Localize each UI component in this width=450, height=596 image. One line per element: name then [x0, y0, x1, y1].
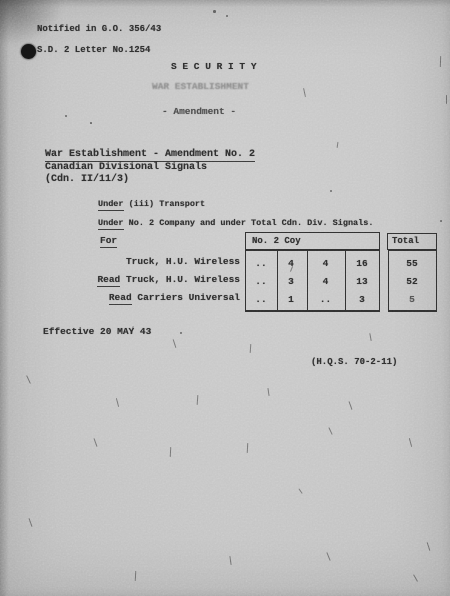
- under-transport-rest: (iii) Transport: [124, 199, 206, 209]
- amend-action-word: Read: [97, 274, 120, 287]
- table-row-label: Read Truck, H.U. Wireless: [40, 275, 240, 286]
- amend-action-word: Read: [109, 292, 132, 305]
- speck: [90, 122, 92, 124]
- scratch-mark: [229, 556, 231, 565]
- table-cell: ..: [246, 258, 276, 270]
- table-row-label: Read Carriers Universal: [40, 293, 240, 304]
- scratch-mark: [440, 56, 442, 67]
- row-item-name: Truck, H.U. Wireless: [126, 256, 240, 267]
- for-label-text: For: [100, 235, 117, 248]
- scratch-mark: [427, 542, 431, 551]
- table-cell: 13: [345, 276, 379, 288]
- total-body-box: 55 52 5: [388, 250, 437, 312]
- table-cell: 3: [345, 294, 379, 306]
- row-item-name: Truck, H.U. Wireless: [120, 274, 240, 285]
- heading-line3: (Cdn. II/11/3): [45, 174, 129, 186]
- hole-punch-mark: [21, 44, 36, 59]
- heading-line2: Canadian Divisional Signals: [45, 162, 207, 174]
- under-word: Under: [98, 218, 124, 230]
- table-row-label: Truck, H.U. Wireless: [40, 257, 240, 268]
- scratch-mark: [413, 574, 418, 582]
- row-item-name: Carriers Universal: [132, 292, 240, 303]
- scratch-mark: [326, 552, 330, 561]
- speck: [65, 115, 67, 117]
- scratch-mark: [267, 388, 269, 396]
- scratch-mark: [93, 438, 97, 447]
- under-company-line: Under No. 2 Company and under Total Cdn.…: [98, 219, 373, 229]
- file-reference: (H.Q.S. 70-2-11): [311, 357, 397, 367]
- scratch-mark: [298, 488, 302, 494]
- heading-line1: War Establishment - Amendment No. 2: [45, 149, 255, 161]
- left-edge-shadow: [0, 0, 9, 596]
- table-cell: ..: [246, 294, 276, 306]
- speck: [180, 332, 182, 334]
- total-cell: 52: [389, 276, 435, 288]
- under-word: Under: [98, 199, 124, 211]
- for-column-label: For: [100, 236, 117, 247]
- table-body-grid: .. 4 4 16 .. 3 4 13 .. 1 .. 3: [245, 250, 380, 312]
- top-edge-shadow: [0, 0, 450, 7]
- speck: [440, 220, 442, 222]
- scratch-mark: [173, 339, 177, 348]
- notified-line: Notified in G.O. 356/43: [37, 24, 161, 34]
- scratch-mark: [26, 375, 31, 384]
- scratch-mark: [409, 438, 412, 447]
- total-cell: 55: [389, 258, 435, 270]
- speck: [330, 190, 332, 192]
- speck: [213, 10, 216, 13]
- scratch-mark: [328, 427, 332, 435]
- total-header-box: Total: [387, 233, 437, 250]
- table-cell: 16: [345, 258, 379, 270]
- scratch-mark: [303, 88, 306, 97]
- scratch-mark: [337, 142, 339, 148]
- scratch-mark: [446, 95, 447, 104]
- table-cell: 3: [276, 276, 306, 288]
- speck: [226, 15, 228, 17]
- heading-line1-text: War Establishment - Amendment No. 2: [45, 149, 255, 162]
- table-cell: 1: [276, 294, 306, 306]
- scratch-mark: [250, 344, 252, 353]
- under-transport-line: Under (iii) Transport: [98, 200, 205, 210]
- table-cell: 4: [306, 276, 345, 288]
- effective-date-line: Effective 20 MAY 43: [43, 327, 151, 338]
- scratch-mark: [247, 443, 249, 453]
- table-cell: ..: [306, 294, 345, 306]
- amendment-subtitle: - Amendment -: [162, 107, 236, 118]
- scratch-mark: [369, 333, 372, 341]
- security-title: S E C U R I T Y: [171, 62, 257, 73]
- scratch-mark: [197, 395, 199, 405]
- war-establishment-faint: WAR ESTABLISHMENT: [152, 82, 249, 93]
- scratch-mark: [28, 518, 32, 527]
- letter-line: S.D. 2 Letter No.1254: [37, 45, 150, 55]
- table-cell: ..: [246, 276, 276, 288]
- total-cell: 5: [389, 294, 435, 306]
- scratch-mark: [348, 401, 352, 410]
- scratch-mark: [170, 447, 172, 457]
- total-header-label: Total: [392, 235, 432, 247]
- group-header-box: No. 2 Coy: [245, 232, 380, 250]
- scanned-document-page: Notified in G.O. 356/43 S.D. 2 Letter No…: [0, 0, 450, 596]
- scratch-mark: [116, 398, 119, 407]
- group-header-label: No. 2 Coy: [252, 235, 332, 247]
- under-company-rest: No. 2 Company and under Total Cdn. Div. …: [124, 218, 374, 228]
- scratch-mark: [135, 571, 137, 581]
- table-cell: 4: [306, 258, 345, 270]
